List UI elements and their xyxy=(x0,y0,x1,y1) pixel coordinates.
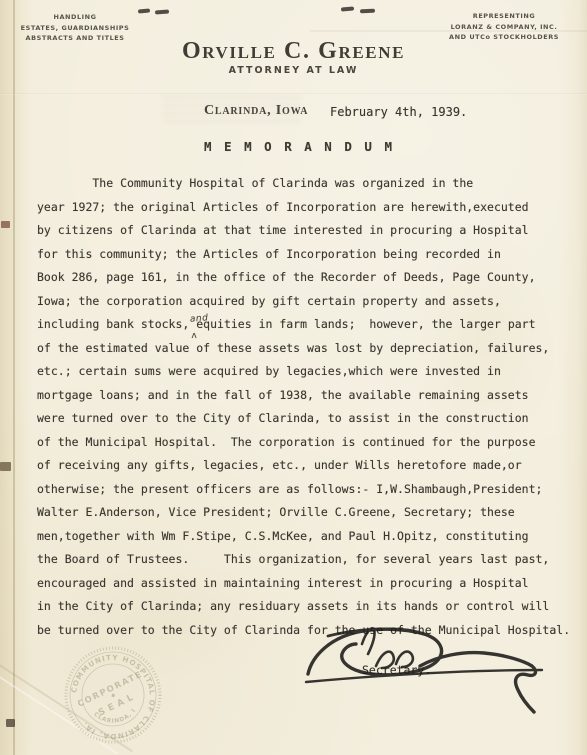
memo-line: Book 286, page 161, in the office of the… xyxy=(37,266,585,290)
memo-heading: M E M O R A N D U M xyxy=(204,139,395,154)
scan-mark-dash xyxy=(341,6,354,11)
memo-line: of the Municipal Hospital. The corporati… xyxy=(37,431,585,455)
caret-mark: ʌ xyxy=(191,325,196,349)
letterhead-representing-line: REPRESENTING xyxy=(428,11,580,22)
scan-mark-dash xyxy=(138,8,150,13)
memo-line: of the estimated value of these assets w… xyxy=(37,337,585,361)
letterhead-services-line: ESTATES, GUARDIANSHIPS xyxy=(14,23,136,34)
memo-line: by citizens of Clarinda at that time int… xyxy=(37,219,585,243)
memo-line: for this community; the Articles of Inco… xyxy=(37,243,585,267)
memo-line: were turned over to the City of Clarinda… xyxy=(37,407,585,431)
binding-mark xyxy=(0,462,11,471)
document-page: HANDLING ESTATES, GUARDIANSHIPS ABSTRACT… xyxy=(0,0,587,755)
memo-line: etc.; certain sums were acquired by lega… xyxy=(37,360,585,384)
memo-line: year 1927; the original Articles of Inco… xyxy=(37,196,585,220)
letterhead-representing-line: LORANZ & COMPANY, INC. xyxy=(428,22,580,33)
corporate-seal: COMMUNITY HOSPITAL OF CLARINDA, IA. CORP… xyxy=(62,644,164,746)
letterhead-services-line: HANDLING xyxy=(14,12,136,23)
memo-line: Walter E.Anderson, Vice President; Orvil… xyxy=(37,501,585,525)
memo-line: men,together with Wm F.Stipe, C.S.McKee,… xyxy=(37,525,585,549)
binding-mark xyxy=(6,719,15,727)
memo-line: of receiving any gifts, legacies, etc., … xyxy=(37,454,585,478)
memo-line: otherwise; the present officers are as f… xyxy=(37,478,585,502)
memo-body: The Community Hospital of Clarinda was o… xyxy=(37,172,585,642)
memo-line: The Community Hospital of Clarinda was o… xyxy=(37,172,585,196)
scan-mark-dash xyxy=(155,10,169,14)
memo-line: including bank stocks,andʌ equities in f… xyxy=(37,313,585,337)
memo-line: encouraged and assisted in maintaining i… xyxy=(37,572,585,596)
attorney-name: Orville C. Greene xyxy=(0,38,587,65)
memo-line: be turned over to the City of Clarinda f… xyxy=(37,619,585,643)
binding-mark xyxy=(1,221,10,228)
memo-line: mortgage loans; and in the fall of 1938,… xyxy=(37,384,585,408)
typed-date: February 4th, 1939. xyxy=(330,105,467,119)
scan-mark-dash xyxy=(360,9,375,13)
memo-line: in the City of Clarinda; any residuary a… xyxy=(37,595,585,619)
attorney-title: ATTORNEY AT LAW xyxy=(0,65,587,76)
page-left-edge xyxy=(13,0,15,755)
letterhead-city-state: Clarinda, Iowa xyxy=(204,103,308,119)
signature-role-label: Secretary. xyxy=(362,663,431,677)
memo-line: Iowa; the corporation acquired by gift c… xyxy=(37,290,585,314)
memo-line: the Board of Trustees. This organization… xyxy=(37,548,585,572)
